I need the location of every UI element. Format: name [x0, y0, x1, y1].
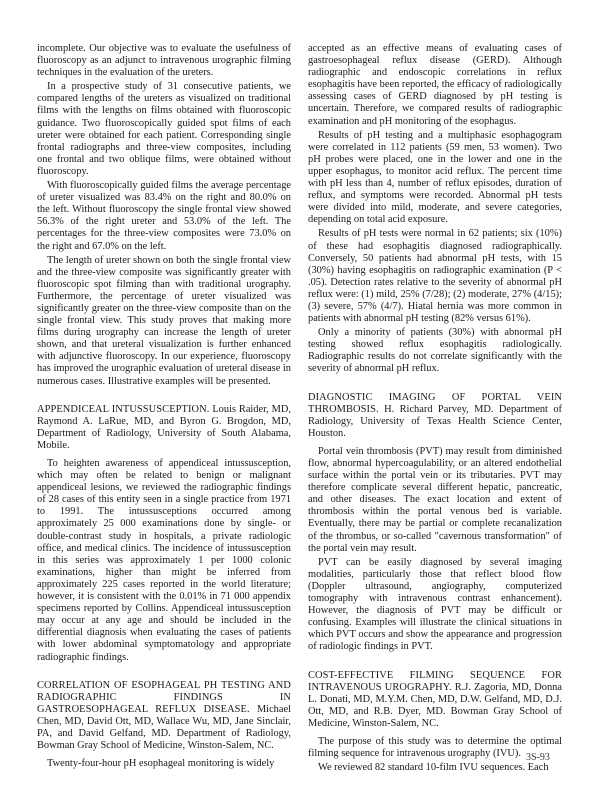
- section-gap: [308, 378, 562, 392]
- section-gap: [308, 656, 562, 670]
- paragraph: Portal vein thrombosis (PVT) may result …: [308, 446, 562, 555]
- paragraph: The purpose of this study was to determi…: [308, 736, 562, 760]
- page-number: 3S-93: [526, 752, 550, 763]
- paragraph: Results of pH testing and a multiphasic …: [308, 130, 562, 227]
- section-gap: [37, 666, 291, 680]
- paragraph: To heighten awareness of appendiceal int…: [37, 458, 291, 664]
- left-column: incomplete. Our objective was to evaluat…: [37, 43, 291, 772]
- abstract-title: Appendiceal Intussusception.: [37, 404, 209, 415]
- right-column: accepted as an effective means of evalua…: [308, 43, 562, 776]
- paragraph: accepted as an effective means of evalua…: [308, 43, 562, 128]
- abstract-heading-esophageal-ph: Correlation of Esophageal pH Testing and…: [37, 680, 291, 753]
- abstract-heading-portal-vein: Diagnostic Imaging of Portal Vein Thromb…: [308, 392, 562, 440]
- abstract-title: Correlation of Esophageal pH Testing and…: [37, 680, 291, 715]
- abstract-heading-ivu-filming: Cost-Effective Filming Sequence for Intr…: [308, 670, 562, 730]
- abstract-heading-appendiceal: Appendiceal Intussusception. Louis Raide…: [37, 404, 291, 452]
- paragraph: Twenty-four-hour pH esophageal monitorin…: [37, 758, 291, 770]
- paragraph: The length of ureter shown on both the s…: [37, 255, 291, 388]
- paragraph: incomplete. Our objective was to evaluat…: [37, 43, 291, 79]
- paragraph: Only a minority of patients (30%) with a…: [308, 327, 562, 375]
- paragraph: With fluoroscopically guided films the a…: [37, 180, 291, 253]
- section-gap: [37, 390, 291, 404]
- paragraph: PVT can be easily diagnosed by several i…: [308, 557, 562, 654]
- paragraph: We reviewed 82 standard 10-film IVU sequ…: [308, 762, 562, 774]
- paragraph: Results of pH tests were normal in 62 pa…: [308, 228, 562, 325]
- paragraph: In a prospective study of 31 consecutive…: [37, 81, 291, 178]
